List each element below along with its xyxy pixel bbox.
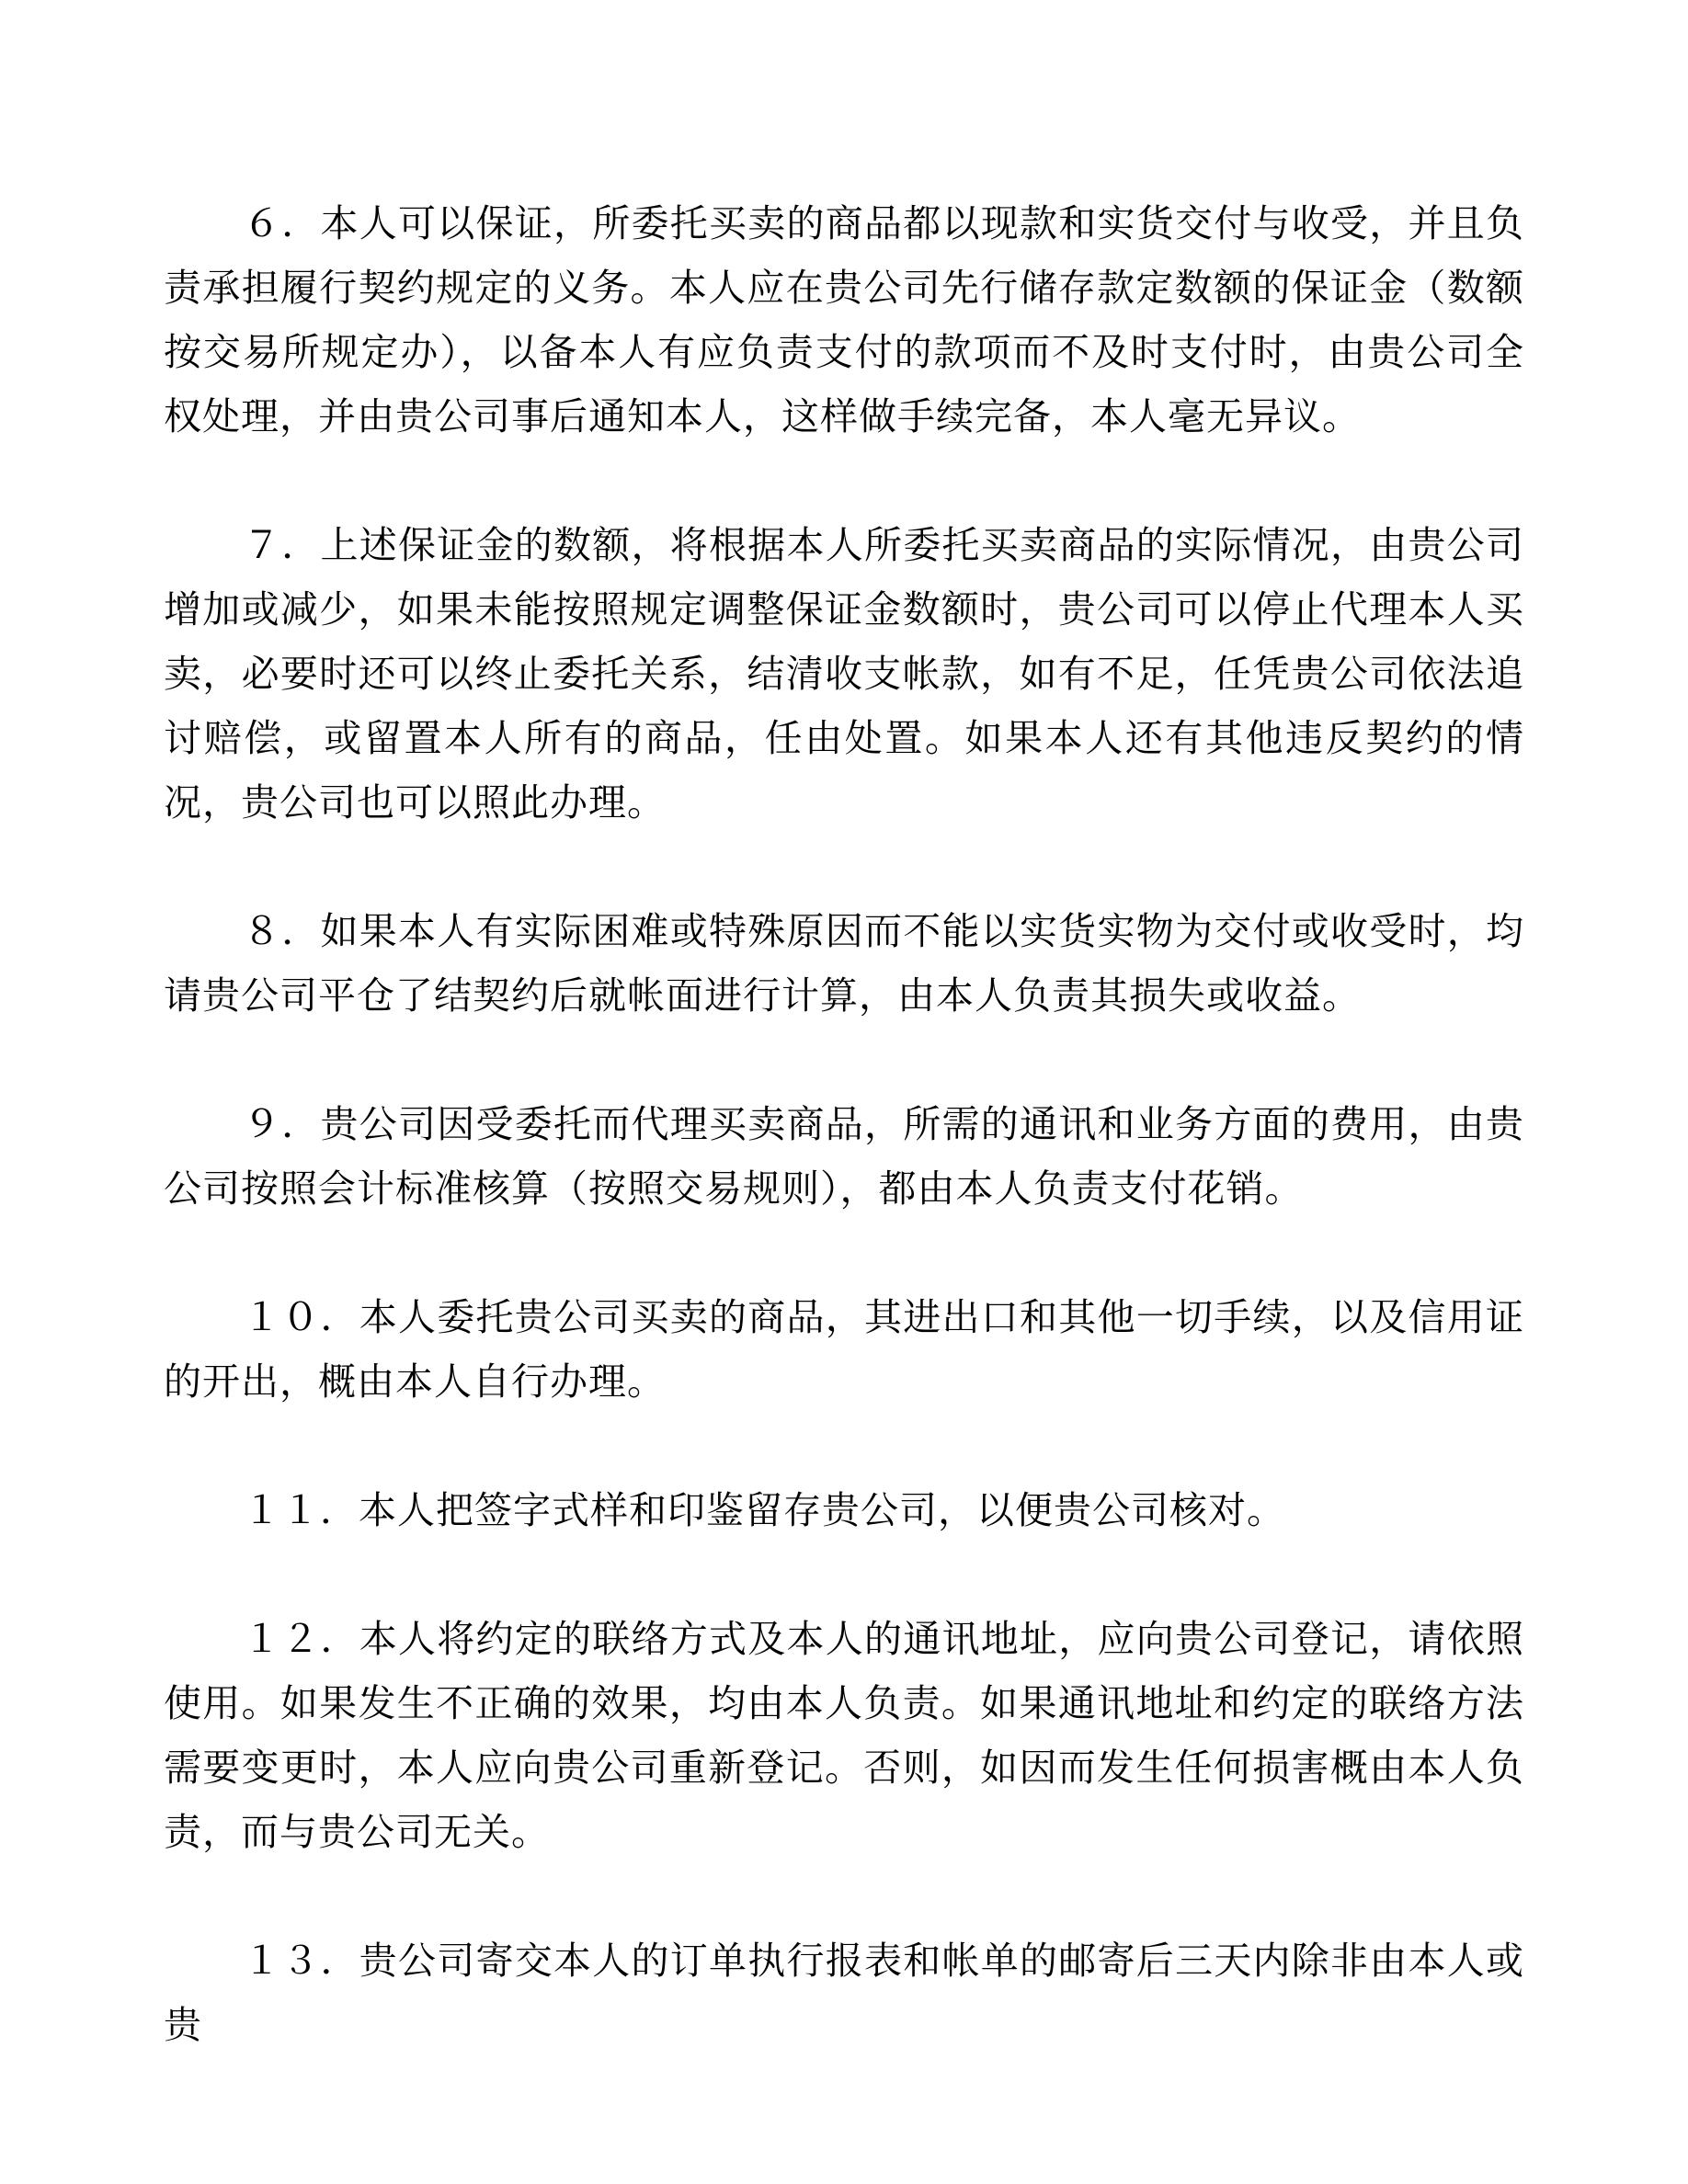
contract-clause-6: ６．本人可以保证，所委托买卖的商品都以现款和实货交付与收受，并且负责承担履行契约… xyxy=(164,191,1524,449)
contract-clause-8: ８．如果本人有实际困难或特殊原因而不能以实货实物为交付或收受时，均请贵公司平仓了… xyxy=(164,899,1524,1028)
contract-clause-10: １０．本人委托贵公司买卖的商品，其进出口和其他一切手续，以及信用证的开出，概由本… xyxy=(164,1285,1524,1414)
contract-clause-13: １３．贵公司寄交本人的订单执行报表和帐单的邮寄后三天内除非由本人或贵 xyxy=(164,1928,1524,2057)
contract-clause-7: ７．上述保证金的数额，将根据本人所委托买卖商品的实际情况，由贵公司增加或减少，如… xyxy=(164,513,1524,835)
contract-clause-9: ９．贵公司因受委托而代理买卖商品，所需的通讯和业务方面的费用，由贵公司按照会计标… xyxy=(164,1092,1524,1221)
contract-page: ６．本人可以保证，所委托买卖的商品都以现款和实货交付与收受，并且负责承担履行契约… xyxy=(0,0,1688,2184)
contract-clause-11: １１．本人把签字式样和印鉴留存贵公司，以便贵公司核对。 xyxy=(164,1478,1524,1542)
contract-clause-12: １２．本人将约定的联络方式及本人的通讯地址，应向贵公司登记，请依照使用。如果发生… xyxy=(164,1607,1524,1864)
